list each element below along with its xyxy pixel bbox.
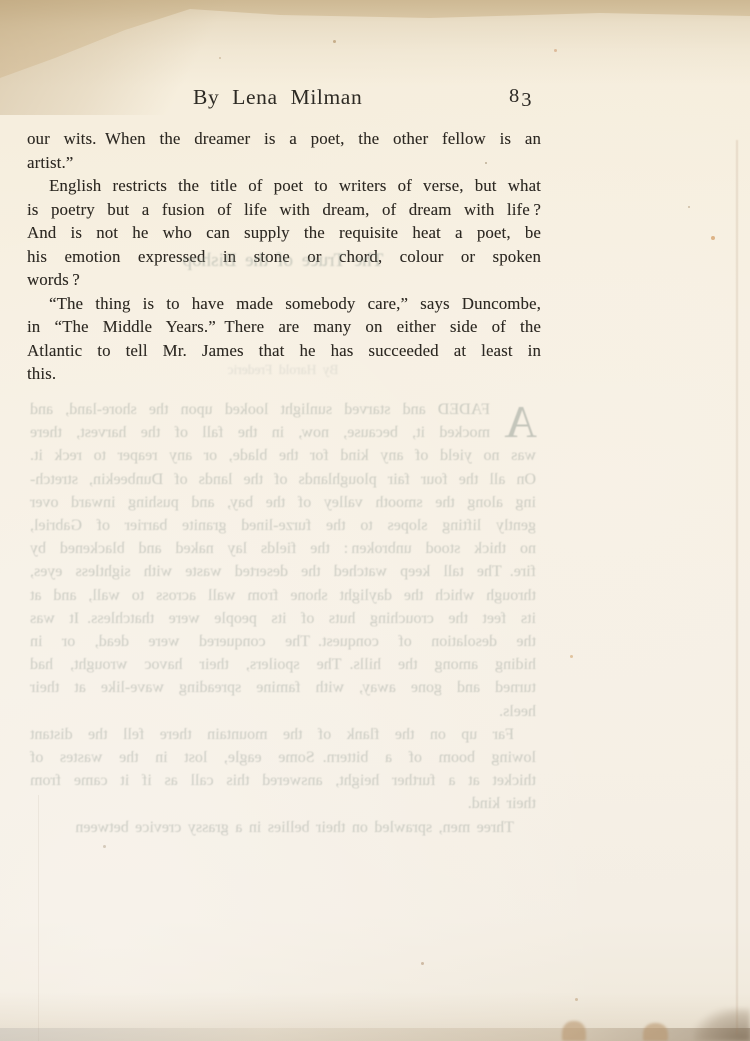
text-line: heels. bbox=[30, 700, 536, 723]
text-line: fire. The tall keep watched the deserted… bbox=[30, 560, 536, 583]
bleed-drop-cap: A bbox=[505, 400, 538, 445]
text-line: Atlantic to tell Mr. James that he has s… bbox=[27, 339, 541, 363]
text-line: his emotion expressed in stone or chord,… bbox=[27, 245, 541, 269]
page-number: 83 bbox=[509, 85, 534, 108]
text-line: On all the four fair ploughlands of the … bbox=[30, 468, 536, 491]
running-head: By Lena Milman 83 bbox=[0, 0, 750, 130]
paragraph: our wits. When the dreamer is a poet, th… bbox=[27, 127, 541, 174]
paragraph: AFADED and starved sunlight looked upon … bbox=[30, 398, 536, 723]
text-line: Three men, sprawled on their bellies in … bbox=[30, 816, 536, 839]
page-crease-line bbox=[38, 795, 39, 1041]
tape-mark bbox=[562, 1021, 586, 1041]
text-line: ing along the smooth valley of the bay, … bbox=[30, 491, 536, 514]
text-line: is poetry but a fusion of life with drea… bbox=[27, 198, 541, 222]
scan-background: By Lena Milman 83 our wits. When the dre… bbox=[0, 0, 750, 1041]
page-number-digit: 8 bbox=[509, 85, 521, 107]
text-line: this. bbox=[27, 362, 541, 386]
tape-mark bbox=[643, 1023, 668, 1041]
text-line: FADED and starved sunlight looked upon t… bbox=[30, 398, 536, 421]
text-line: its feet the crouching huts of its peopl… bbox=[30, 607, 536, 630]
paragraph: English restricts the title of poet to w… bbox=[27, 174, 541, 292]
text-line: in “The Middle Years.” There are many on… bbox=[27, 315, 541, 339]
page-number-digit: 3 bbox=[521, 89, 533, 111]
body-text: our wits. When the dreamer is a poet, th… bbox=[27, 127, 541, 386]
text-line: the desolation of conquest. The conquere… bbox=[30, 630, 536, 653]
text-line: lowing boom of a bittern. Some eagle, lo… bbox=[30, 746, 536, 769]
text-line: turned and gone away, with famine spread… bbox=[30, 676, 536, 699]
page-right-edge-line bbox=[736, 140, 738, 1035]
text-line: our wits. When the dreamer is a poet, th… bbox=[27, 127, 541, 151]
paragraph: “The thing is to have made somebody care… bbox=[27, 292, 541, 386]
text-line: Far up on the flank of the mountain ther… bbox=[30, 723, 536, 746]
text-line: artist.” bbox=[27, 151, 541, 175]
text-line: mocked it, because, now, in the fall of … bbox=[30, 421, 536, 444]
text-line: gently lifting slopes to the furze-lined… bbox=[30, 514, 536, 537]
text-line: their kind. bbox=[30, 792, 536, 815]
text-line: words ? bbox=[27, 268, 541, 292]
paragraph: Three men, sprawled on their bellies in … bbox=[30, 816, 536, 839]
text-line: “The thing is to have made somebody care… bbox=[27, 292, 541, 316]
book-page: By Lena Milman 83 our wits. When the dre… bbox=[0, 0, 750, 1041]
text-line: no thick stood unbroken : the fields lay… bbox=[30, 537, 536, 560]
running-head-title: By Lena Milman bbox=[193, 85, 362, 110]
text-line: was no yield of any kind for the blade, … bbox=[30, 444, 536, 467]
paragraph: Far up on the flank of the mountain ther… bbox=[30, 723, 536, 816]
text-line: thicket at a further height, answered th… bbox=[30, 769, 536, 792]
text-line: through which the daylight shone from wa… bbox=[30, 584, 536, 607]
bleed-body: AFADED and starved sunlight looked upon … bbox=[30, 398, 536, 839]
text-line: And is not he who can supply the requisi… bbox=[27, 221, 541, 245]
text-line: hiding among the hills. The spoilers, th… bbox=[30, 653, 536, 676]
text-line: English restricts the title of poet to w… bbox=[27, 174, 541, 198]
